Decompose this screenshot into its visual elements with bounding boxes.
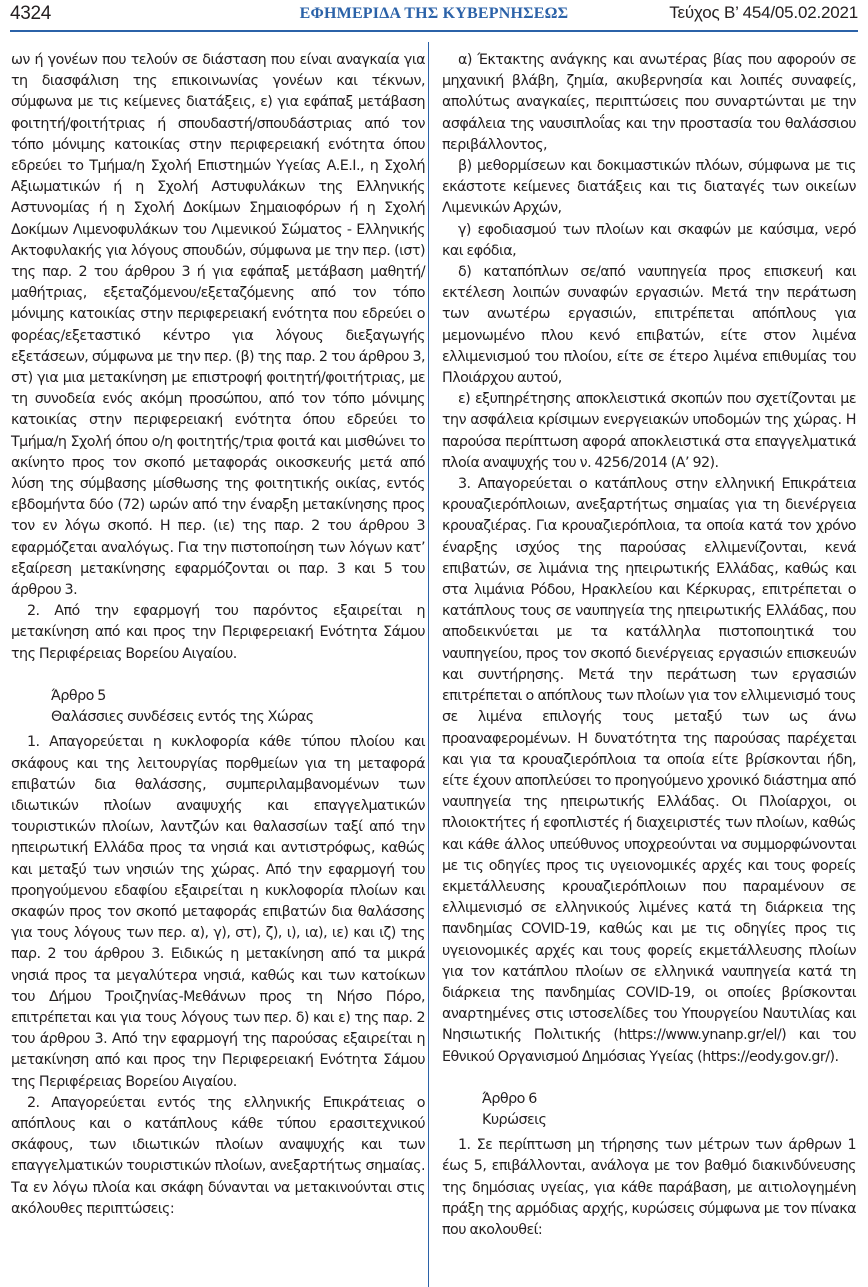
column-divider <box>428 42 429 1287</box>
right-column: α) Έκτακτης ανάγκης και ανωτέρας βίας πο… <box>442 50 856 1241</box>
case-e: ε) εξυπηρέτησης αποκλειστικά σκοπών που … <box>442 389 856 474</box>
article-6-heading: Άρθρο 6 Κυρώσεις <box>442 1089 856 1131</box>
article-5-number: Άρθρο 5 <box>51 686 425 707</box>
article-5-heading: Άρθρο 5 Θαλάσσιες συνδέσεις εντός της Χώ… <box>11 686 425 728</box>
case-c: γ) εφοδιασμού των πλοίων και σκαφών με κ… <box>442 220 856 262</box>
issue-number: Τεύχος Β’ 454/05.02.2021 <box>669 3 858 23</box>
paragraph-2: 2. Από την εφαρμογή του παρόντος εξαιρεί… <box>11 601 425 665</box>
article-6-title: Κυρώσεις <box>482 1110 856 1131</box>
case-b: β) μεθορμίσεων και δοκιμαστικών πλόων, σ… <box>442 156 856 220</box>
article-5-paragraph-2: 2. Απαγορεύεται εντός της ελληνικής Επικ… <box>11 1093 425 1220</box>
case-d: δ) καταπόπλων σε/από ναυπηγεία προς επισ… <box>442 262 856 389</box>
paragraph-continuation: ων ή γονέων που τελούν σε διάσταση που ε… <box>11 50 425 601</box>
article-5-title: Θαλάσσιες συνδέσεις εντός της Χώρας <box>51 707 425 728</box>
case-a: α) Έκτακτης ανάγκης και ανωτέρας βίας πο… <box>442 50 856 156</box>
article-5-paragraph-3: 3. Απαγορεύεται ο κατάπλους στην ελληνικ… <box>442 474 856 1068</box>
article-6-paragraph-1: 1. Σε περίπτωση μη τήρησης των μέτρων τω… <box>442 1135 856 1241</box>
left-column: ων ή γονέων που τελούν σε διάσταση που ε… <box>11 50 425 1220</box>
article-5-paragraph-1: 1. Απαγορεύεται η κυκλοφορία κάθε τύπου … <box>11 732 425 1092</box>
page-header: 4324 ΕΦΗΜΕΡΙΔΑ ΤΗΣ ΚΥΒΕΡΝΗΣΕΩΣ Τεύχος Β’… <box>10 0 858 32</box>
article-6-number: Άρθρο 6 <box>482 1089 856 1110</box>
